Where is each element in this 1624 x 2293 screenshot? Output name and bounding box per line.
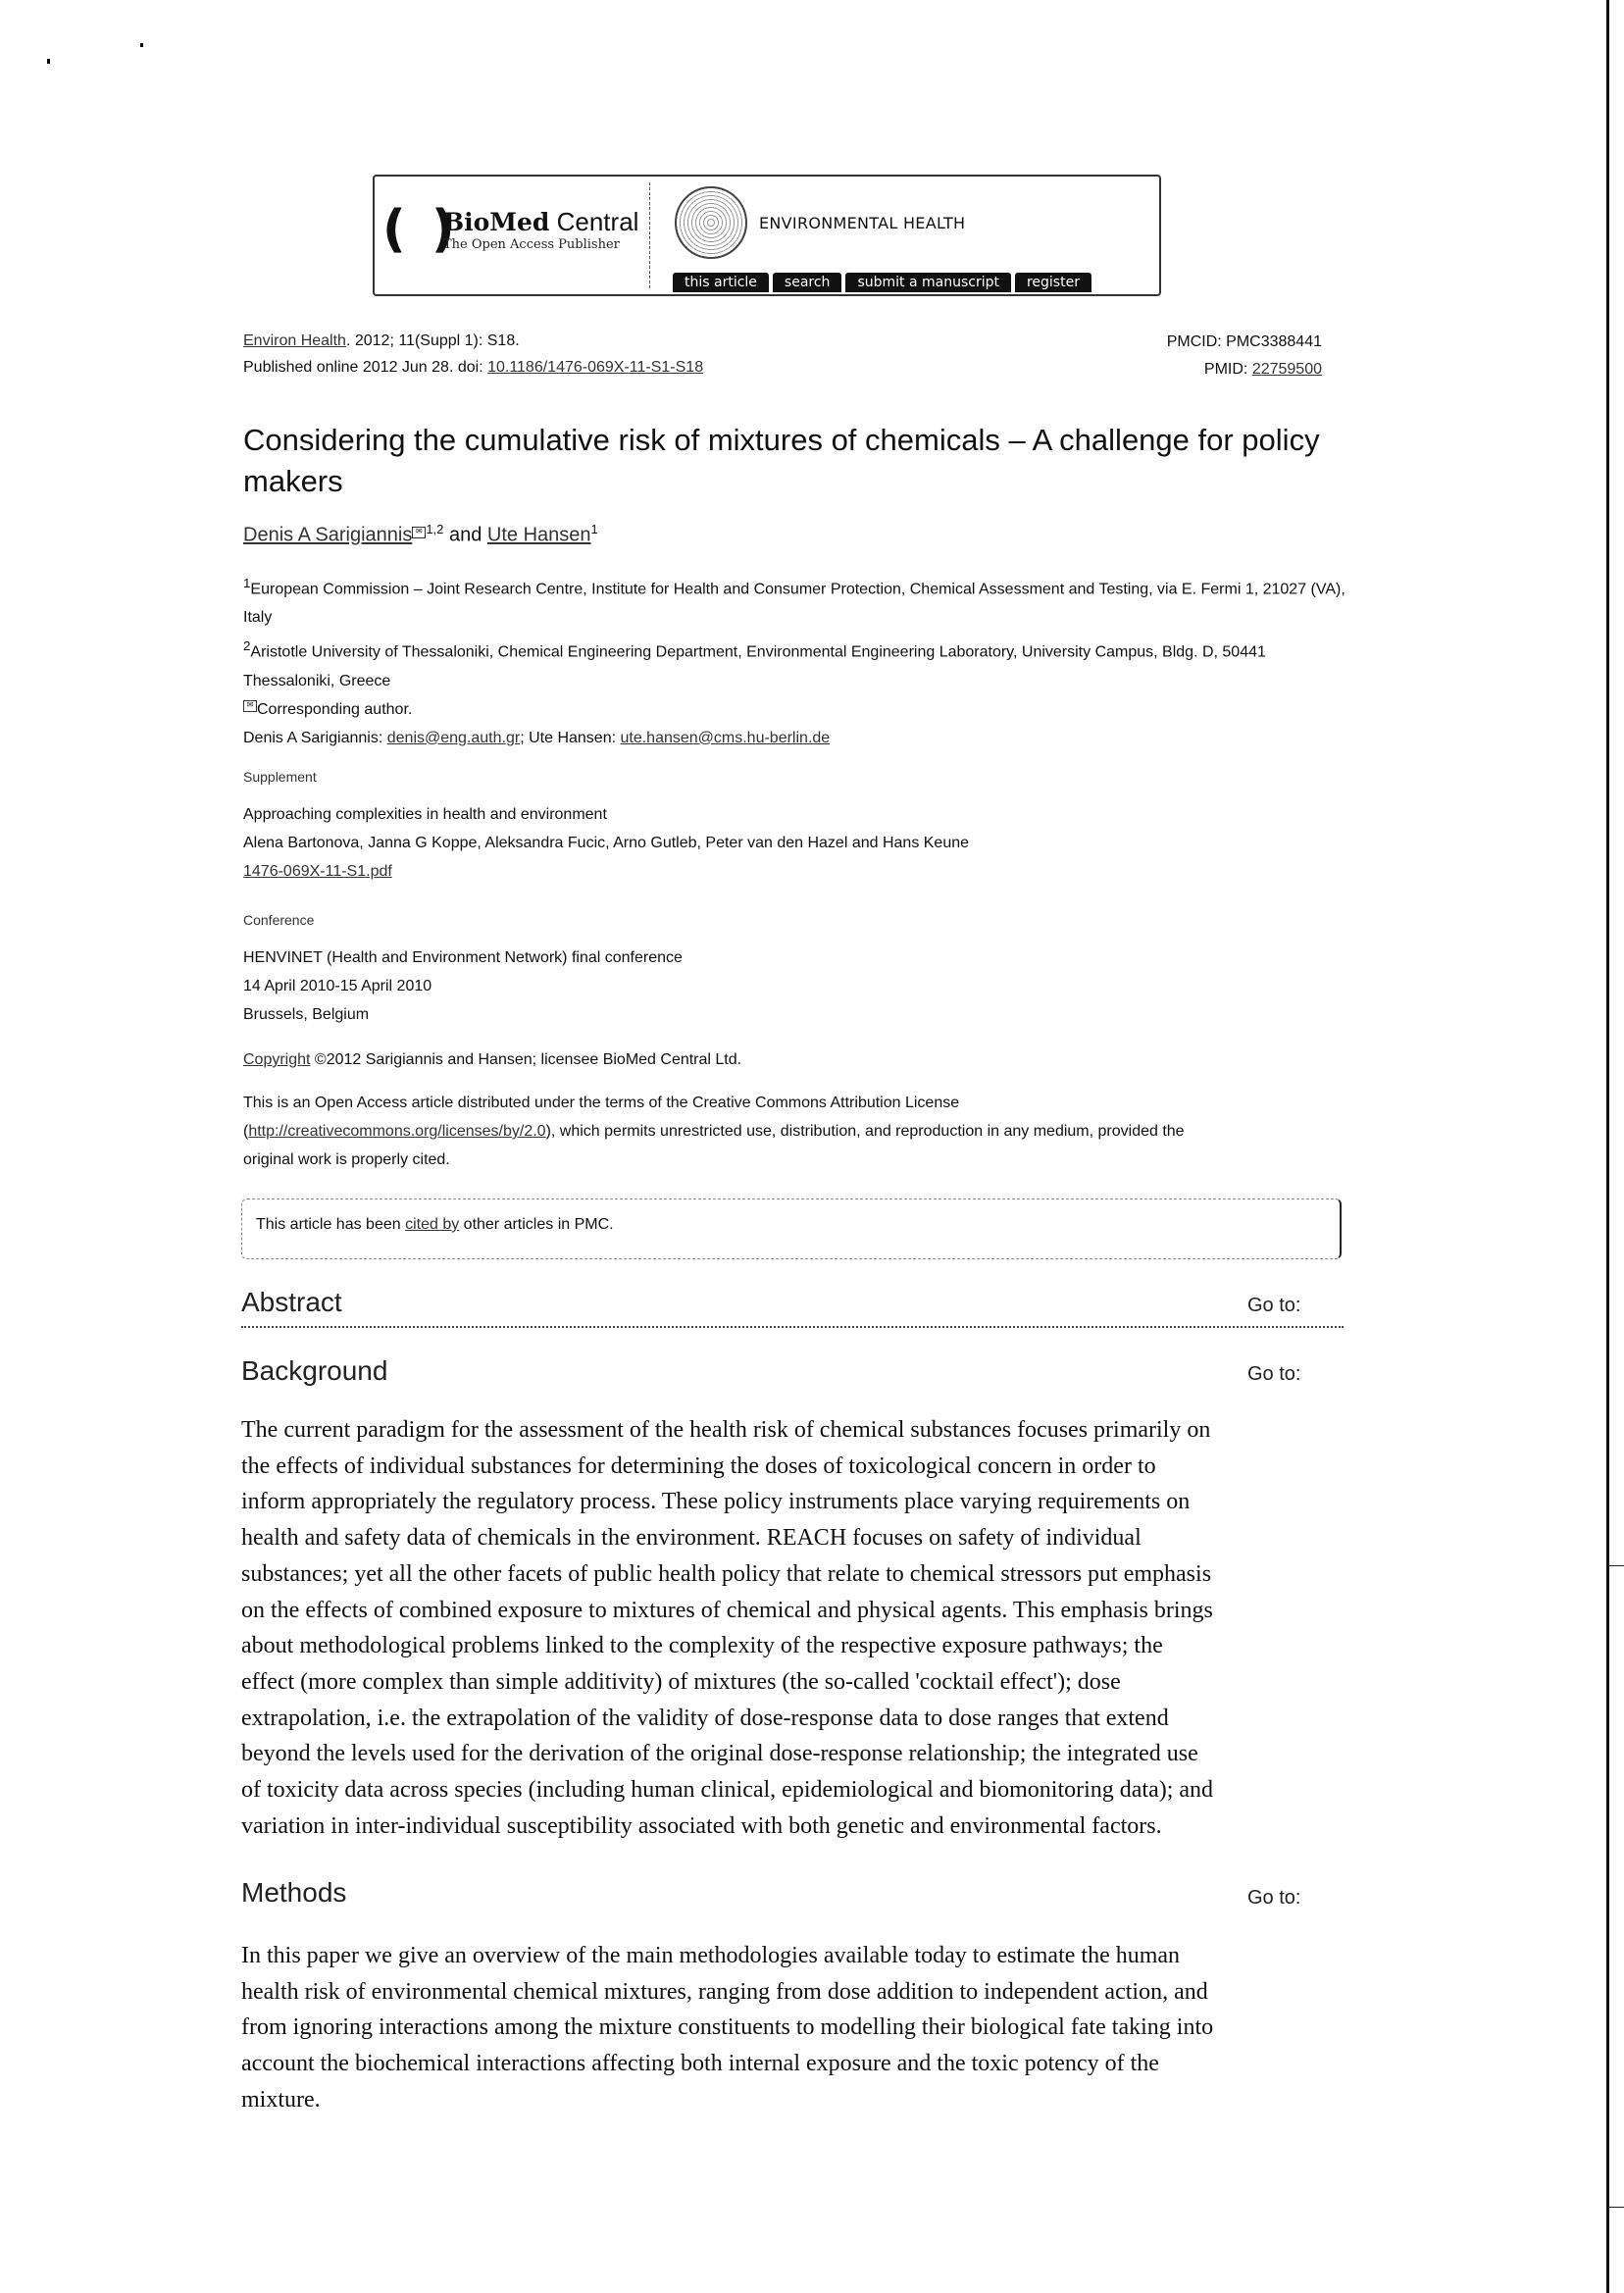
volume-info: . 2012; 11(Suppl 1): S18. [346,332,520,349]
journal-masthead: ( ) BioMed Central The Open Access Publi… [373,175,1161,296]
published-prefix: Published online 2012 Jun 28. doi: [243,359,487,376]
supplement-label: Supplement [243,769,317,785]
tab-submit-manuscript[interactable]: submit a manuscript [845,273,1011,292]
goto-link-background[interactable]: Go to: [1247,1363,1300,1386]
goto-link-methods[interactable]: Go to: [1247,1887,1300,1910]
supplement-info: Approaching complexities in health and e… [243,800,1349,886]
pmcid: PMCID: PMC3388441 [1167,331,1322,353]
paragraph-line: inform appropriately the regulatory proc… [241,1484,1359,1520]
publisher-tagline: The Open Access Publisher [443,237,620,252]
mail-icon: ✉ [243,700,257,712]
paragraph-line: In this paper we give an overview of the… [241,1938,1359,1974]
cited-by-text: This article has been cited by other art… [256,1216,614,1234]
goto-link-abstract[interactable]: Go to: [1247,1295,1300,1317]
license-text: This is an Open Access article distribut… [243,1089,1351,1174]
paragraph-line: about methodological problems linked to … [241,1628,1359,1664]
affiliation: 1European Commission – Joint Research Ce… [243,569,1349,632]
license-link[interactable]: http://creativecommons.org/licenses/by/2… [248,1123,545,1140]
conference-dates: 14 April 2010-15 April 2010 [243,972,1349,1000]
masthead-tabs: this article search submit a manuscript … [673,273,1091,292]
author-affiliation-sup: 1,2 [426,522,443,536]
pmid-label: PMID: [1204,361,1252,378]
paragraph-line: account the biochemical interactions aff… [241,2046,1359,2082]
article-title: Considering the cumulative risk of mixtu… [243,420,1332,502]
pmid-link[interactable]: 22759500 [1252,361,1322,378]
scan-speck [47,59,50,64]
paragraph-line: from ignoring interactions among the mix… [241,2010,1359,2046]
paragraph-line: variation in inter-individual susceptibi… [241,1809,1359,1845]
journal-name[interactable]: ENVIRONMENTAL HEALTH [759,214,965,232]
cited-by-box: This article has been cited by other art… [241,1198,1342,1259]
contact-emails: Denis A Sarigiannis: denis@eng.auth.gr; … [243,724,1349,752]
paragraph-line: The current paradigm for the assessment … [241,1412,1359,1449]
author-affiliation-sup: 1 [591,522,598,536]
corresponding-note: ✉Corresponding author. [243,695,1349,724]
paragraph-line: extrapolation, i.e. the extrapolation of… [241,1701,1359,1737]
methods-paragraph: In this paper we give an overview of the… [241,1938,1359,2118]
author-link[interactable]: Denis A Sarigiannis [243,525,412,546]
scan-speck [140,43,143,47]
paragraph-line: mixture. [241,2082,1359,2118]
conference-label: Conference [243,912,314,928]
journal-link[interactable]: Environ Health [243,332,346,349]
conference-name: HENVINET (Health and Environment Network… [243,943,1349,972]
paragraph-line: health and safety data of chemicals in t… [241,1520,1359,1556]
background-paragraph: The current paradigm for the assessment … [241,1412,1359,1844]
published-line: Published online 2012 Jun 28. doi: 10.11… [243,357,703,379]
copyright-link[interactable]: Copyright [243,1051,310,1068]
paragraph-line: on the effects of combined exposure to m… [241,1593,1359,1629]
paragraph-line: substances; yet all the other facets of … [241,1556,1359,1593]
section-heading-methods: Methods [241,1877,346,1909]
affiliations: 1European Commission – Joint Research Ce… [243,569,1349,752]
scan-edge-tick [1608,2207,1624,2208]
tab-this-article[interactable]: this article [673,273,769,292]
journal-seal-icon [675,186,747,259]
section-heading-background: Background [241,1355,387,1387]
affiliation: 2Aristotle University of Thessaloniki, C… [243,632,1349,694]
paragraph-line: of toxicity data across species (includi… [241,1772,1359,1809]
authors-joiner: and [443,525,486,546]
copyright-line: Copyright ©2012 Sarigiannis and Hansen; … [243,1045,741,1074]
email-link[interactable]: ute.hansen@cms.hu-berlin.de [620,730,830,746]
paragraph-line: beyond the levels used for the derivatio… [241,1736,1359,1772]
section-divider [241,1326,1344,1328]
supplement-title: Approaching complexities in health and e… [243,800,1349,829]
conference-info: HENVINET (Health and Environment Network… [243,943,1349,1029]
mail-icon[interactable]: ✉ [412,527,426,538]
citation-line: Environ Health. 2012; 11(Suppl 1): S18. [243,331,520,352]
email-link[interactable]: denis@eng.auth.gr [387,730,520,746]
supplement-editors: Alena Bartonova, Janna G Koppe, Aleksand… [243,829,1349,857]
section-heading-abstract: Abstract [241,1287,342,1318]
author-list: Denis A Sarigiannis✉1,2 and Ute Hansen1 [243,522,598,547]
author-link[interactable]: Ute Hansen [487,525,591,546]
pmid-line: PMID: 22759500 [1204,359,1322,381]
conference-location: Brussels, Belgium [243,1000,1349,1029]
supplement-pdf-link[interactable]: 1476-069X-11-S1.pdf [243,857,392,886]
paragraph-line: health risk of environmental chemical mi… [241,1974,1359,2011]
cited-by-link[interactable]: cited by [405,1216,459,1233]
biomed-central-logo[interactable]: ( ) BioMed Central The Open Access Publi… [382,200,647,259]
scan-edge-line [1606,0,1609,2293]
tab-register[interactable]: register [1015,273,1091,292]
masthead-divider [649,182,650,288]
paragraph-line: the effects of individual substances for… [241,1449,1359,1485]
tab-search[interactable]: search [773,273,842,292]
scan-edge-tick [1608,1565,1624,1566]
doi-link[interactable]: 10.1186/1476-069X-11-S1-S18 [487,359,703,376]
paragraph-line: effect (more complex than simple additiv… [241,1664,1359,1701]
publisher-brand: BioMed Central [443,208,638,236]
